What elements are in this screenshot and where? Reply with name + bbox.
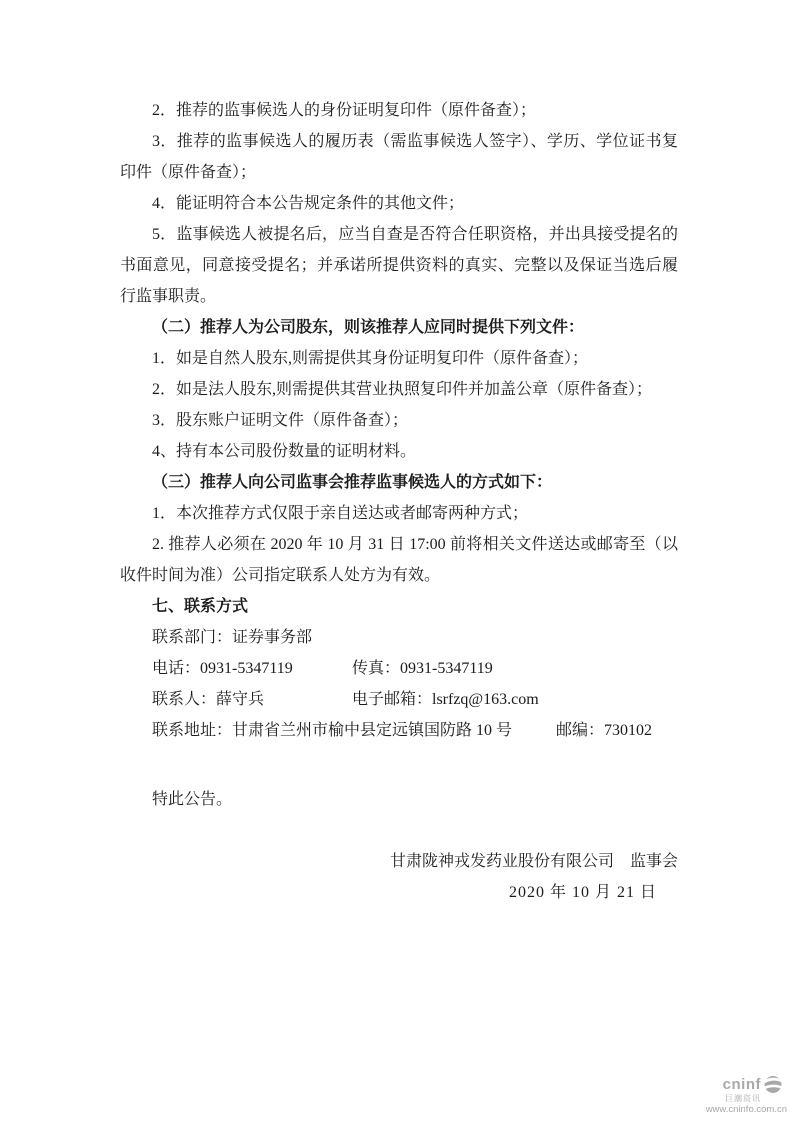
cninfo-brand-row: cninf <box>706 1075 783 1094</box>
cninfo-swirl-logo-icon <box>763 1075 783 1094</box>
contact-person: 联系人：薛守兵 <box>152 684 348 715</box>
contact-phone-fax-row: 电话：0931-5347119 传真：0931-5347119 <box>120 653 678 684</box>
section-two-item-1: 1．如是自然人股东,则需提供其身份证明复印件（原件备查）； <box>120 343 678 374</box>
section-seven-heading: 七、联系方式 <box>120 591 678 622</box>
contact-fax: 传真：0931-5347119 <box>352 660 493 677</box>
section-two-heading: （二）推荐人为公司股东，则该推荐人应同时提供下列文件： <box>120 312 678 343</box>
signature-date: 2020 年 10 月 21 日 <box>120 877 678 908</box>
section-three-item-1: 1．本次推荐方式仅限于亲自送达或者邮寄两种方式； <box>120 498 678 529</box>
section-two-item-2: 2．如是法人股东,则需提供其营业执照复印件并加盖公章（原件备查）； <box>120 374 678 405</box>
section-two-item-4: 4、持有本公司股份数量的证明材料。 <box>120 436 678 467</box>
contact-email: 电子邮箱：lsrfzq@163.com <box>352 691 539 708</box>
contact-person-email-row: 联系人：薛守兵 电子邮箱：lsrfzq@163.com <box>120 684 678 715</box>
contact-address-row: 联系地址：甘肃省兰州市榆中县定远镇国防路 10 号 邮编：730102 <box>120 715 678 746</box>
contact-department: 联系部门：证券事务部 <box>152 629 312 646</box>
contact-phone: 电话：0931-5347119 <box>152 653 348 684</box>
list-item-5: 5．监事候选人被提名后，应当自查是否符合任职资格，并出具接受提名的书面意见，同意… <box>120 219 678 312</box>
section-three-heading: （三）推荐人向公司监事会推荐监事候选人的方式如下： <box>120 467 678 498</box>
cninfo-brand-text: cninf <box>723 1077 761 1092</box>
list-item-2: 2．推荐的监事候选人的身份证明复印件（原件备查）； <box>120 95 678 126</box>
closing-statement: 特此公告。 <box>120 784 678 815</box>
contact-address: 联系地址：甘肃省兰州市榆中县定远镇国防路 10 号 <box>152 715 552 746</box>
cninfo-watermark: cninf 巨潮资讯 www.cninfo.com.cn <box>706 1075 787 1115</box>
section-three-item-2: 2. 推荐人必须在 2020 年 10 月 31 日 17:00 前将相关文件送… <box>120 529 678 591</box>
section-two-item-3: 3．股东账户证明文件（原件备查）； <box>120 405 678 436</box>
cninfo-url: www.cninfo.com.cn <box>706 1105 787 1115</box>
contact-postcode: 邮编：730102 <box>556 722 652 739</box>
list-item-4: 4．能证明符合本公告规定条件的其他文件； <box>120 188 678 219</box>
contact-department-row: 联系部门：证券事务部 <box>120 622 678 653</box>
signature-company: 甘肃陇神戎发药业股份有限公司 监事会 <box>120 846 678 877</box>
cninfo-chinese-name: 巨潮资讯 <box>706 1095 761 1103</box>
document-page: 2．推荐的监事候选人的身份证明复印件（原件备查）； 3．推荐的监事候选人的履历表… <box>0 0 793 1122</box>
document-body: 2．推荐的监事候选人的身份证明复印件（原件备查）； 3．推荐的监事候选人的履历表… <box>120 95 678 908</box>
list-item-3: 3．推荐的监事候选人的履历表（需监事候选人签字）、学历、学位证书复印件（原件备查… <box>120 126 678 188</box>
